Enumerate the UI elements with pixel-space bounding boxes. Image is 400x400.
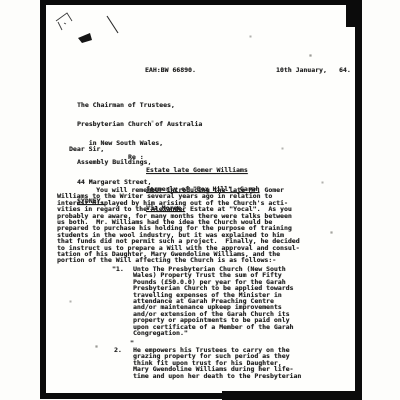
address-line: The Chairman of Trustees,	[77, 102, 202, 108]
subject-label: Re :	[128, 154, 144, 160]
clause-2-number: 2.	[114, 347, 122, 353]
letter-year: 64.	[339, 67, 351, 73]
clause-1-number: "1.	[112, 266, 124, 272]
salutation: Dear Sir,	[69, 146, 104, 152]
clause-2-text: He empowers his Trustees to carry on the…	[133, 347, 301, 379]
scan-noise-specks	[0, 0, 1, 1]
pencil-marks-icon	[48, 10, 128, 50]
letter-date: 10th January,	[276, 67, 327, 73]
address-line: Presbyterian Church of Australia	[77, 121, 202, 127]
subject-line: Estate late Gomer Williams	[146, 167, 260, 173]
frame-corner-smudge	[346, 0, 362, 27]
clause-1-text: Unto The Presbyterian Church (New South …	[133, 266, 293, 336]
scanned-letter-page: EAH:BW 66890. 10th January, 64. The Chai…	[0, 0, 400, 400]
frame-bottom-smudge	[222, 391, 362, 400]
typist-reference: EAH:BW 66890.	[145, 67, 196, 73]
body-paragraph: You will remember introducing the late M…	[57, 187, 300, 264]
